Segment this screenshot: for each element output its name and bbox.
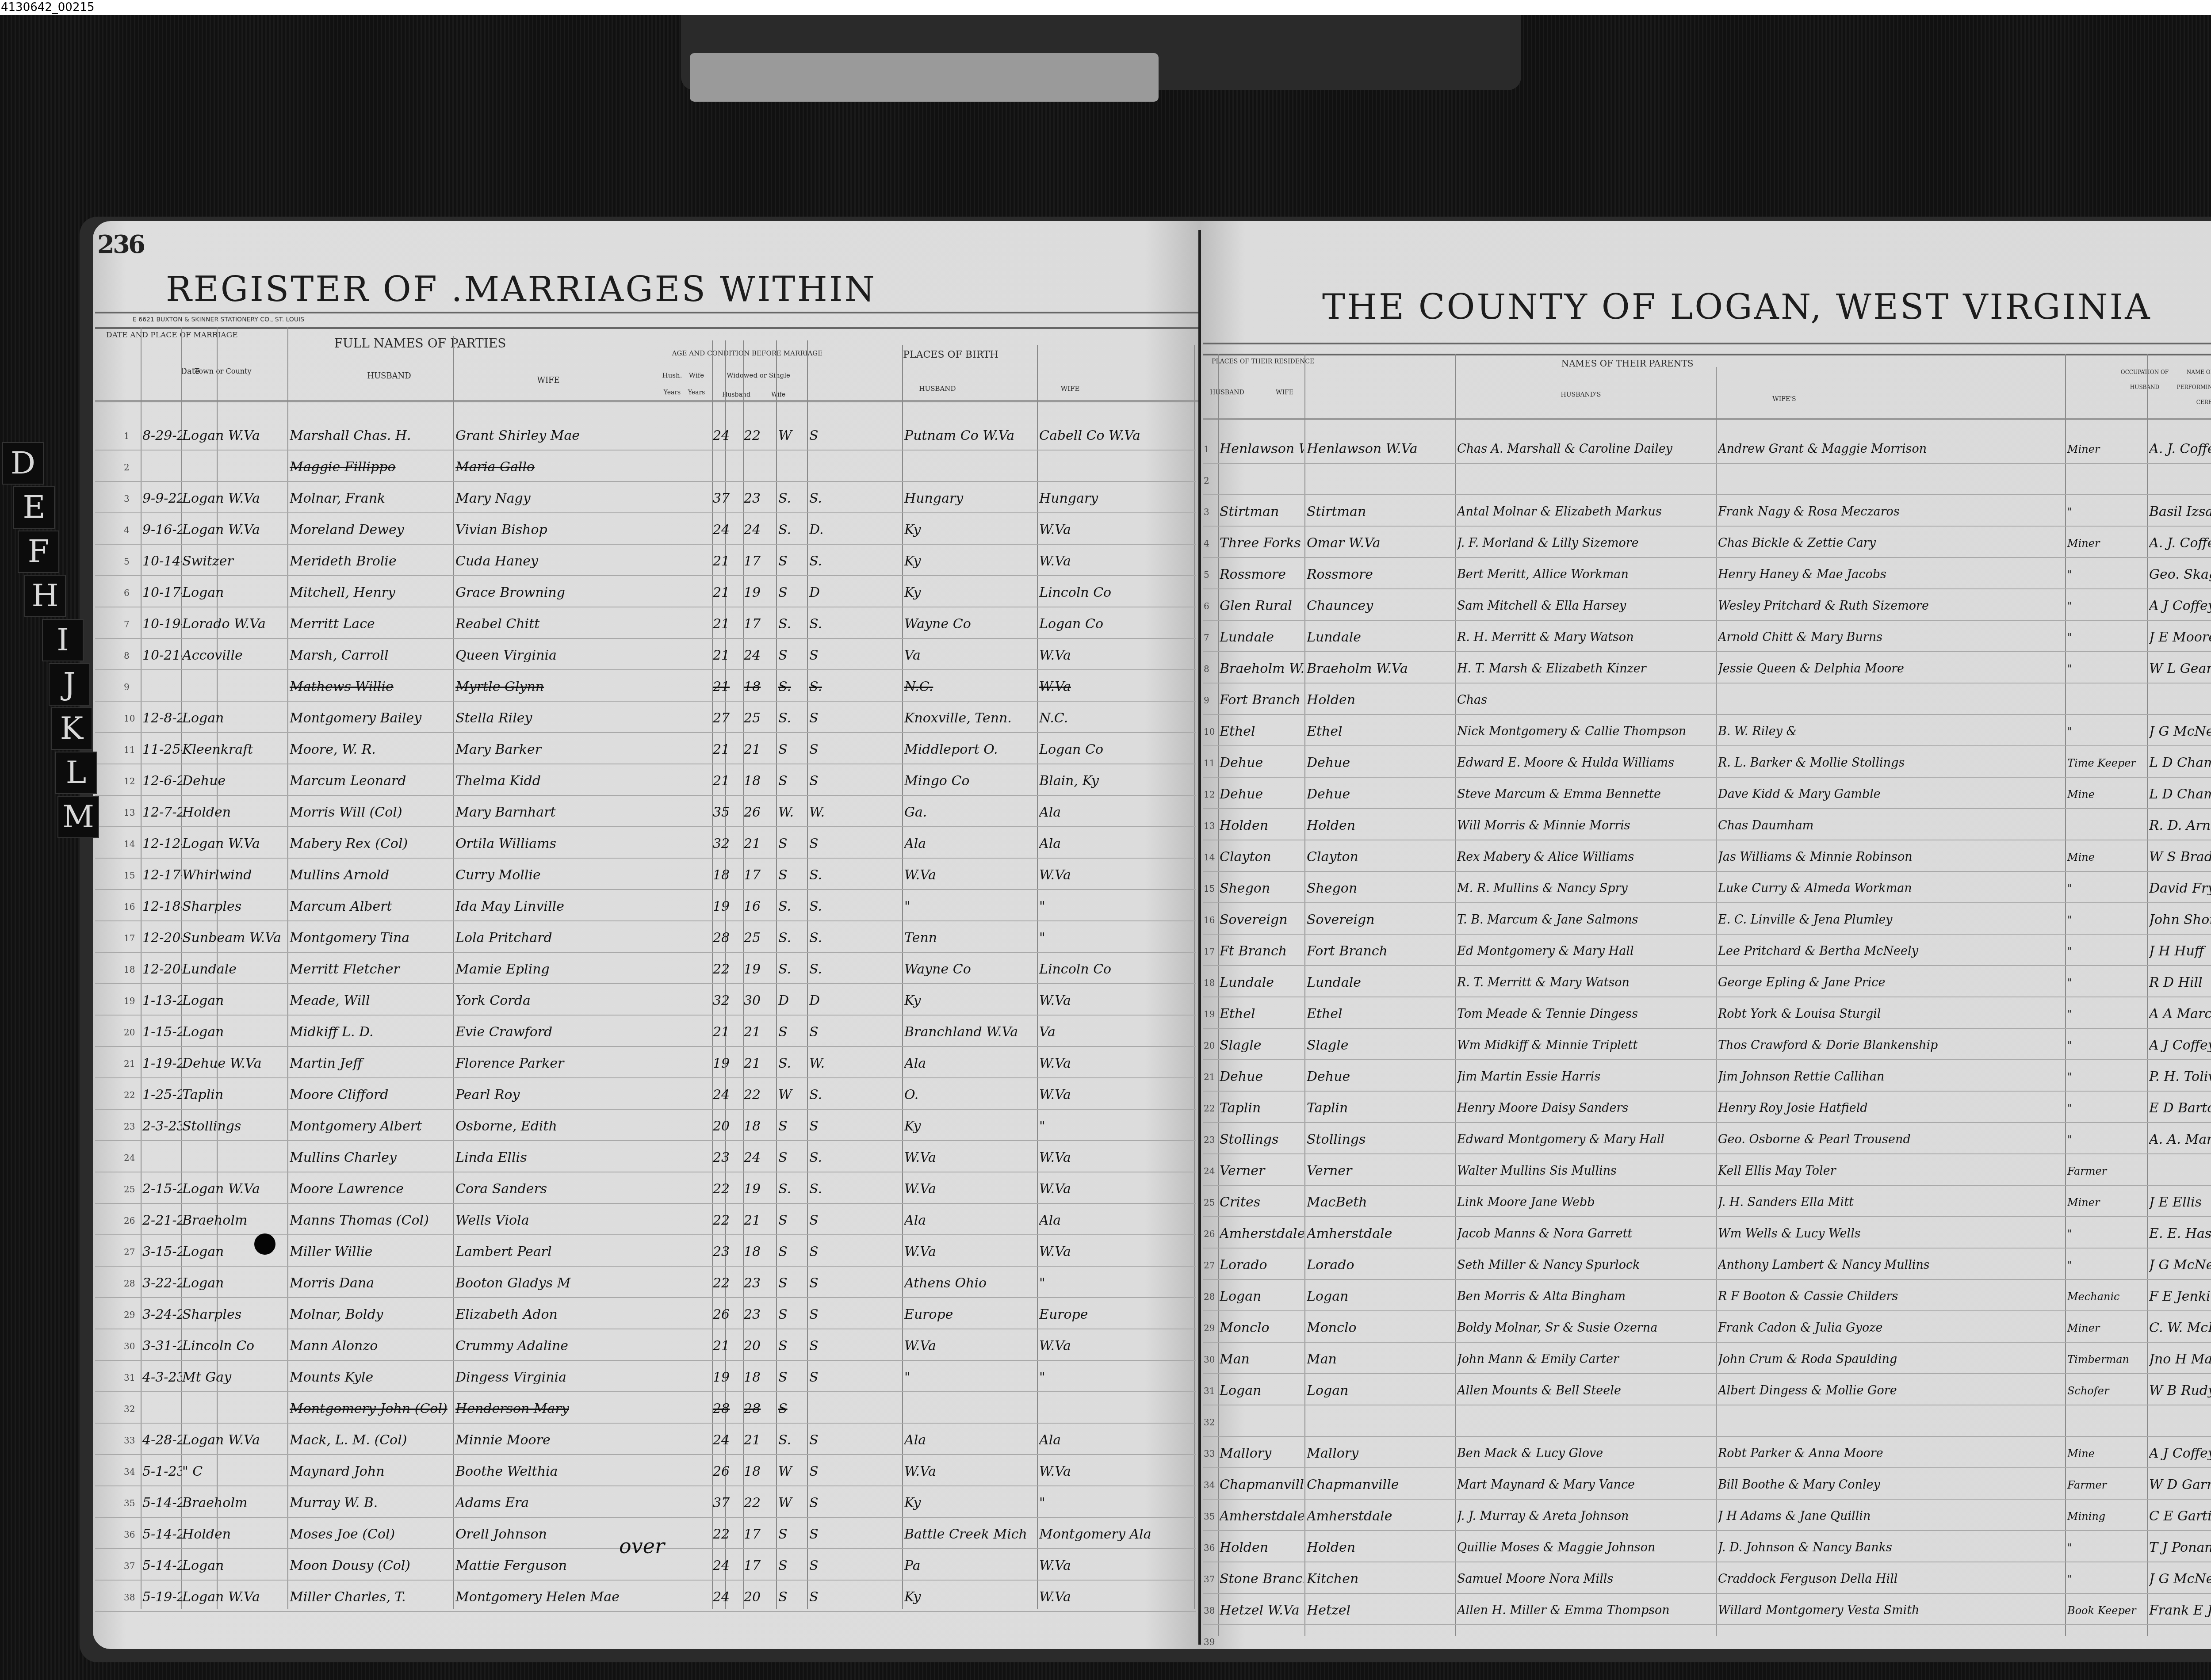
cell-w-parents: B. W. Riley &	[1718, 718, 2063, 745]
cell-h-parents: Quillie Moses & Maggie Johnson	[1457, 1534, 1714, 1562]
cell-num: 31	[1204, 1377, 1218, 1405]
header-husbands-parents: HUSBAND'S	[1548, 391, 1614, 398]
cell-h-parents: Rex Mabery & Alice Williams	[1457, 844, 1714, 871]
cell-officiant: L D Chambers	[2149, 749, 2211, 777]
cell-h-parents: Ben Morris & Alta Bingham	[1457, 1283, 1714, 1310]
cell-w-parents: Geo. Osborne & Pearl Trousend	[1718, 1126, 2063, 1153]
cell-h-parents: J. J. Murray & Areta Johnson	[1457, 1503, 1714, 1530]
cell-h-res: Logan	[1220, 1283, 1304, 1310]
cell-h-res: Lundale	[1220, 969, 1304, 997]
cell-num: 5	[1204, 561, 1218, 588]
ink-blot	[254, 1233, 275, 1255]
cell-w-parents: Luke Curry & Almeda Workman	[1718, 875, 2063, 902]
cell-h-parents: Ed Montgomery & Mary Hall	[1457, 938, 1714, 965]
index-tab-l[interactable]: L	[55, 752, 97, 794]
image-caption: 4130642_00215	[0, 0, 2211, 15]
cell-occupation: "	[2067, 1220, 2145, 1248]
cell-w-parents: Wm Wells & Lucy Wells	[1718, 1220, 2063, 1248]
cell-h-parents: Nick Montgomery & Callie Thompson	[1457, 718, 1714, 745]
cell-h-parents: Seth Miller & Nancy Spurlock	[1457, 1252, 1714, 1279]
cell-num: 30	[1204, 1346, 1218, 1373]
row-rule	[1203, 871, 2211, 872]
cell-officiant: Geo. Skaggs	[2149, 561, 2211, 588]
cell-occupation: "	[2067, 624, 2145, 651]
cell-w-parents: Robt York & Louisa Sturgil	[1718, 1000, 2063, 1028]
cell-w-res: Fort Branch	[1307, 938, 1453, 965]
cell-officiant: T J Ponan	[2149, 1534, 2211, 1562]
cell-w-parents: J H Adams & Jane Quillin	[1718, 1503, 2063, 1530]
cell-w-res: Man	[1307, 1346, 1453, 1373]
cell-w-parents: Chas Bickle & Zettie Cary	[1718, 530, 2063, 557]
cell-w-parents: Albert Dingess & Mollie Gore	[1718, 1377, 2063, 1405]
cell-officiant: R D Hill	[2149, 969, 2211, 997]
cell-w-res: Rossmore	[1307, 561, 1453, 588]
cell-h-res: Mallory	[1220, 1440, 1304, 1467]
cell-h-res: Dehue	[1220, 749, 1304, 777]
cell-officiant: W S Bradshaw	[2149, 844, 2211, 871]
index-tab-f[interactable]: F	[18, 531, 59, 573]
row-rule	[1203, 1342, 2211, 1343]
cell-h-res: Henlawson W.Va	[1220, 435, 1304, 463]
cell-h-parents: Boldy Molnar, Sr & Susie Ozerna	[1457, 1314, 1714, 1342]
header-officiant: NAME OF PERSON PERFORMING MARRIAGE CEREM…	[2173, 365, 2211, 410]
cell-w-parents: Henry Roy Josie Hatfield	[1718, 1095, 2063, 1122]
cell-h-parents: Edward Montgomery & Mary Hall	[1457, 1126, 1714, 1153]
index-tab-d[interactable]: D	[2, 442, 44, 485]
cell-officiant: Frank E Jenkins	[2149, 1597, 2211, 1624]
cell-h-res: Amherstdale	[1220, 1220, 1304, 1248]
row-rule	[1203, 1122, 2211, 1123]
cell-num: 26	[1204, 1220, 1218, 1248]
cell-w-res: Ethel	[1307, 1000, 1453, 1028]
cell-officiant: A J Coffey	[2149, 1440, 2211, 1467]
row-rule	[1203, 1624, 2211, 1625]
row-rule	[1203, 1562, 2211, 1562]
cell-h-parents: Will Morris & Minnie Morris	[1457, 812, 1714, 840]
cell-h-res: Three Forks	[1220, 530, 1304, 557]
cell-num: 16	[1204, 906, 1218, 934]
cell-w-res: Holden	[1307, 1534, 1453, 1562]
row-rule	[1203, 745, 2211, 746]
header-wifes-parents: WIFE'S	[1751, 396, 1817, 403]
cell-officiant: W L Gearhart	[2149, 655, 2211, 683]
header-years-h: Years	[661, 389, 683, 396]
cell-w-parents: Jessie Queen & Delphia Moore	[1718, 655, 2063, 683]
cell-w-res: Shegon	[1307, 875, 1453, 902]
cell-occupation: Book Keeper	[2067, 1597, 2145, 1624]
cell-h-parents: H. T. Marsh & Elizabeth Kinzer	[1457, 655, 1714, 683]
index-tab-e[interactable]: E	[13, 486, 55, 529]
cell-officiant: A J Coffey	[2149, 1032, 2211, 1059]
header-rule-bottom-left	[95, 327, 1198, 329]
cell-h-res: Stirtman	[1220, 498, 1304, 526]
cell-officiant: A. J. Coffey	[2149, 435, 2211, 463]
row-rule	[1203, 557, 2211, 558]
cell-h-parents: Walter Mullins Sis Mullins	[1457, 1157, 1714, 1185]
header-age-condition: AGE AND CONDITION BEFORE MARRIAGE	[663, 349, 831, 357]
cell-w-parents: Craddock Ferguson Della Hill	[1718, 1565, 2063, 1593]
cell-h-parents: J. F. Morland & Lilly Sizemore	[1457, 530, 1714, 557]
index-tab-h[interactable]: H	[24, 575, 66, 617]
row-rule	[1203, 902, 2211, 903]
cell-num: 22	[1204, 1095, 1218, 1122]
register-row-right: 28LoganLoganBen Morris & Alta BinghamR F…	[0, 1283, 2211, 1310]
cell-h-parents: Steve Marcum & Emma Bennette	[1457, 781, 1714, 808]
cell-h-res: Holden	[1220, 1534, 1304, 1562]
cell-w-res: Taplin	[1307, 1095, 1453, 1122]
header-date-place: DATE AND PLACE OF MARRIAGE	[106, 331, 208, 340]
register-row-right: 17Ft BranchFort BranchEd Montgomery & Ma…	[0, 938, 2211, 965]
cell-h-parents: Bert Meritt, Allice Workman	[1457, 561, 1714, 588]
register-row-right: 34ChapmanvilleChapmanvilleMart Maynard &…	[0, 1471, 2211, 1499]
cell-occupation: "	[2067, 875, 2145, 902]
cell-h-parents: Samuel Moore Nora Mills	[1457, 1565, 1714, 1593]
cell-w-res: Stollings	[1307, 1126, 1453, 1153]
cell-occupation: "	[2067, 498, 2145, 526]
cell-officiant: A A Marcum	[2149, 1000, 2211, 1028]
cell-w-parents: Henry Haney & Mae Jacobs	[1718, 561, 2063, 588]
cell-h-res: Sovereign	[1220, 906, 1304, 934]
cell-officiant: J G McNeely	[2149, 718, 2211, 745]
header-rule-top-right	[1203, 343, 2211, 344]
cell-num: 21	[1204, 1063, 1218, 1091]
cell-h-parents: R. H. Merritt & Mary Watson	[1457, 624, 1714, 651]
printer-imprint: E 6621 BUXTON & SKINNER STATIONERY CO., …	[133, 316, 304, 323]
cell-w-res: Kitchen	[1307, 1565, 1453, 1593]
register-row-right: 23StollingsStollingsEdward Montgomery & …	[0, 1126, 2211, 1153]
cell-h-parents: Jacob Manns & Nora Garrett	[1457, 1220, 1714, 1248]
cell-h-res: Shegon	[1220, 875, 1304, 902]
header-hush: Hush.	[661, 371, 683, 379]
register-row-right: 22TaplinTaplinHenry Moore Daisy SandersH…	[0, 1095, 2211, 1122]
cell-h-res: Monclo	[1220, 1314, 1304, 1342]
header-husband: HUSBAND	[345, 371, 433, 381]
column-header-bottom-left	[95, 400, 1198, 402]
header-ws-husband: Husband	[714, 391, 758, 398]
register-row-right: 27LoradoLoradoSeth Miller & Nancy Spurlo…	[0, 1252, 2211, 1279]
cell-num: 6	[1204, 592, 1218, 620]
cell-occupation: "	[2067, 1063, 2145, 1091]
row-rule	[1203, 1436, 2211, 1437]
register-row-right: 32	[0, 1409, 2211, 1436]
cell-num: 10	[1204, 718, 1218, 745]
cell-occupation: "	[2067, 1252, 2145, 1279]
cell-h-res: Braeholm W.Va	[1220, 655, 1304, 683]
cell-num: 12	[1204, 781, 1218, 808]
cell-h-parents: Antal Molnar & Elizabeth Markus	[1457, 498, 1714, 526]
row-rule	[1203, 1091, 2211, 1092]
row-rule	[1203, 526, 2211, 527]
cell-h-parents: M. R. Mullins & Nancy Spry	[1457, 875, 1714, 902]
index-tab-m[interactable]: M	[57, 796, 99, 838]
cell-w-parents: Frank Cadon & Julia Gyoze	[1718, 1314, 2063, 1342]
cell-w-res: Stirtman	[1307, 498, 1453, 526]
cell-num: 7	[1204, 624, 1218, 651]
cell-occupation: "	[2067, 969, 2145, 997]
cell-occupation: "	[2067, 1095, 2145, 1122]
cell-occupation: "	[2067, 1126, 2145, 1153]
cell-w-res: Dehue	[1307, 1063, 1453, 1091]
cell-h-res: Verner	[1220, 1157, 1304, 1185]
cell-w-parents: E. C. Linville & Jena Plumley	[1718, 906, 2063, 934]
cell-num: 32	[1204, 1409, 1218, 1436]
register-row-right: 8Braeholm W.VaBraeholm W.VaH. T. Marsh &…	[0, 655, 2211, 683]
cell-occupation: "	[2067, 1565, 2145, 1593]
row-rule	[1203, 1593, 2211, 1594]
row-rule	[1203, 683, 2211, 683]
cell-officiant: A. A. Marcum	[2149, 1126, 2211, 1153]
cell-h-parents: Jim Martin Essie Harris	[1457, 1063, 1714, 1091]
cell-num: 29	[1204, 1314, 1218, 1342]
cell-h-parents: Ben Mack & Lucy Glove	[1457, 1440, 1714, 1467]
cell-officiant: A J Coffey	[2149, 592, 2211, 620]
cell-officiant: Basil Izsak	[2149, 498, 2211, 526]
row-rule	[1203, 588, 2211, 589]
register-row-right: 26AmherstdaleAmherstdaleJacob Manns & No…	[0, 1220, 2211, 1248]
cell-h-res: Dehue	[1220, 1063, 1304, 1091]
cell-w-res: MacBeth	[1307, 1189, 1453, 1216]
cell-h-res: Slagle	[1220, 1032, 1304, 1059]
register-row-right: 35AmherstdaleAmherstdaleJ. J. Murray & A…	[0, 1503, 2211, 1530]
cell-h-res: Clayton	[1220, 844, 1304, 871]
cell-officiant: F E Jenkins	[2149, 1283, 2211, 1310]
cell-w-res: Mallory	[1307, 1440, 1453, 1467]
cell-occupation: "	[2067, 1000, 2145, 1028]
register-row-right: 38Hetzel W.VaHetzelAllen H. Miller & Emm…	[0, 1597, 2211, 1624]
cell-num: 20	[1204, 1032, 1218, 1059]
cell-occupation: Miner	[2067, 530, 2145, 557]
cell-num: 34	[1204, 1471, 1218, 1499]
cell-w-res: Henlawson W.Va	[1307, 435, 1453, 463]
header-rule-top-left	[95, 312, 1198, 313]
cell-num: 24	[1204, 1157, 1218, 1185]
cell-num: 25	[1204, 1189, 1218, 1216]
cell-occupation: "	[2067, 718, 2145, 745]
register-row-right: 6Glen RuralChaunceySam Mitchell & Ella H…	[0, 592, 2211, 620]
cell-occupation: "	[2067, 938, 2145, 965]
row-rule	[1203, 934, 2211, 935]
cell-occupation: Schofer	[2067, 1377, 2145, 1405]
cell-w-res: Sovereign	[1307, 906, 1453, 934]
cell-w-res: Lundale	[1307, 969, 1453, 997]
cell-w-res: Slagle	[1307, 1032, 1453, 1059]
cell-h-res: Logan	[1220, 1377, 1304, 1405]
cell-officiant: J G McNeely	[2149, 1252, 2211, 1279]
cell-h-res: Stone Branch	[1220, 1565, 1304, 1593]
cell-h-parents: Wm Midkiff & Minnie Triplett	[1457, 1032, 1714, 1059]
cell-w-res: Amherstdale	[1307, 1503, 1453, 1530]
row-rule	[1203, 1185, 2211, 1186]
cell-officiant: J E Moore	[2149, 624, 2211, 651]
row-rule	[1203, 1530, 2211, 1531]
row-rule	[1203, 1310, 2211, 1311]
cell-occupation: "	[2067, 1032, 2145, 1059]
cell-w-res: Lundale	[1307, 624, 1453, 651]
cell-h-parents: Chas A. Marshall & Caroline Dailey	[1457, 435, 1714, 463]
cell-w-parents: Lee Pritchard & Bertha McNeely	[1718, 938, 2063, 965]
header-full-names: FULL NAMES OF PARTIES	[310, 336, 531, 351]
register-row-right: 12DehueDehueSteve Marcum & Emma Bennette…	[0, 781, 2211, 808]
index-tab-k[interactable]: K	[51, 707, 92, 750]
cell-h-res: Dehue	[1220, 781, 1304, 808]
header-rule-bottom-right	[1203, 354, 2211, 355]
cell-officiant: C E Gartin	[2149, 1503, 2211, 1530]
cell-occupation: "	[2067, 561, 2145, 588]
register-row-right: 3StirtmanStirtmanAntal Molnar & Elizabet…	[0, 498, 2211, 526]
cell-w-res: Logan	[1307, 1283, 1453, 1310]
cell-h-res: Amherstdale	[1220, 1503, 1304, 1530]
row-rule	[1203, 1467, 2211, 1468]
cell-num: 19	[1204, 1000, 1218, 1028]
cell-h-res: Man	[1220, 1346, 1304, 1373]
cell-w-parents: George Epling & Jane Price	[1718, 969, 2063, 997]
register-row-right: 18LundaleLundaleR. T. Merritt & Mary Wat…	[0, 969, 2211, 997]
register-row-right: 5RossmoreRossmoreBert Meritt, Allice Wor…	[0, 561, 2211, 588]
row-rule	[1203, 1153, 2211, 1154]
cell-occupation: Mine	[2067, 781, 2145, 808]
cell-num: 38	[1204, 1597, 1218, 1624]
row-rule	[1203, 1499, 2211, 1500]
row-rule	[1203, 1248, 2211, 1249]
register-row-right: 37Stone BranchKitchenSamuel Moore Nora M…	[0, 1565, 2211, 1593]
cell-h-parents: Link Moore Jane Webb	[1457, 1189, 1714, 1216]
row-rule	[1203, 1279, 2211, 1280]
register-row-right: 30ManManJohn Mann & Emily CarterJohn Cru…	[0, 1346, 2211, 1373]
cell-h-res: Holden	[1220, 812, 1304, 840]
cell-officiant: L D Chambers	[2149, 781, 2211, 808]
register-row-right: 19EthelEthelTom Meade & Tennie DingessRo…	[0, 1000, 2211, 1028]
cell-h-parents: Allen H. Miller & Emma Thompson	[1457, 1597, 1714, 1624]
cell-w-res: Monclo	[1307, 1314, 1453, 1342]
register-row-right: 33MalloryMalloryBen Mack & Lucy GloveRob…	[0, 1440, 2211, 1467]
header-town: Town or County	[195, 367, 248, 375]
register-row-right: 21DehueDehueJim Martin Essie HarrisJim J…	[0, 1063, 2211, 1091]
cell-w-res: Hetzel	[1307, 1597, 1453, 1624]
index-tab-j[interactable]: J	[49, 663, 90, 706]
register-row-right: 29MoncloMoncloBoldy Molnar, Sr & Susie O…	[0, 1314, 2211, 1342]
header-parents: NAMES OF THEIR PARENTS	[1539, 358, 1716, 369]
cell-num: 14	[1204, 844, 1218, 871]
register-row-right: 9Fort BranchHoldenChas	[0, 687, 2211, 714]
cell-occupation: Mechanic	[2067, 1283, 2145, 1310]
cell-w-res: Dehue	[1307, 749, 1453, 777]
cell-officiant: Jno H Mans	[2149, 1346, 2211, 1373]
cell-h-res: Ft Branch	[1220, 938, 1304, 965]
cell-num: 33	[1204, 1440, 1218, 1467]
left-page-number: 236	[97, 230, 144, 259]
cell-num: 37	[1204, 1565, 1218, 1593]
cell-h-res: Hetzel W.Va	[1220, 1597, 1304, 1624]
row-rule	[1203, 1028, 2211, 1029]
register-row-right: 20SlagleSlagleWm Midkiff & Minnie Triple…	[0, 1032, 2211, 1059]
row-number-39: 39	[1204, 1628, 1215, 1656]
cell-w-parents: Jas Williams & Minnie Robinson	[1718, 844, 2063, 871]
cell-w-parents: Arnold Chitt & Mary Burns	[1718, 624, 2063, 651]
cell-officiant: P. H. Toliver	[2149, 1063, 2211, 1091]
header-ws-wife: Wife	[761, 391, 796, 398]
header-wife-age: Wife	[685, 371, 708, 379]
cell-h-res: Rossmore	[1220, 561, 1304, 588]
cell-h-parents: Chas	[1457, 687, 1714, 714]
row-rule	[1203, 714, 2211, 715]
cell-num: 3	[1204, 498, 1218, 526]
cell-occupation: Miner	[2067, 1189, 2145, 1216]
row-rule	[1203, 997, 2211, 997]
row-rule	[1203, 1059, 2211, 1060]
cell-w-parents: Robt Parker & Anna Moore	[1718, 1440, 2063, 1467]
cell-occupation: "	[2067, 655, 2145, 683]
cell-w-res: Holden	[1307, 812, 1453, 840]
cell-officiant: David Fry	[2149, 875, 2211, 902]
cell-num: 23	[1204, 1126, 1218, 1153]
register-row-right: 14ClaytonClaytonRex Mabery & Alice Willi…	[0, 844, 2211, 871]
cell-w-res: Amherstdale	[1307, 1220, 1453, 1248]
cell-h-parents: Sam Mitchell & Ella Harsey	[1457, 592, 1714, 620]
cell-w-parents: J. H. Sanders Ella Mitt	[1718, 1189, 2063, 1216]
header-res-husband: HUSBAND	[1203, 389, 1251, 396]
cell-num: 27	[1204, 1252, 1218, 1279]
cell-h-res: Lundale	[1220, 624, 1304, 651]
header-years-w: Years	[685, 389, 708, 396]
cell-officiant: W B Rudy	[2149, 1377, 2211, 1405]
index-tab-i[interactable]: I	[42, 619, 84, 661]
cell-officiant: A. J. Coffey	[2149, 530, 2211, 557]
cell-w-res: Braeholm W.Va	[1307, 655, 1453, 683]
cell-occupation: Mine	[2067, 844, 2145, 871]
cell-h-res: Stollings	[1220, 1126, 1304, 1153]
header-wife: WIFE	[504, 376, 593, 385]
cell-w-res: Ethel	[1307, 718, 1453, 745]
row-rule	[1203, 1373, 2211, 1374]
cell-num: 4	[1204, 530, 1218, 557]
cell-h-parents: Allen Mounts & Bell Steele	[1457, 1377, 1714, 1405]
column-header-bottom-right	[1203, 418, 2211, 420]
over-note: over	[619, 1534, 665, 1558]
row-rule	[1203, 651, 2211, 652]
cell-w-res: Chauncey	[1307, 592, 1453, 620]
row-rule	[1203, 463, 2211, 464]
left-page-title: REGISTER OF .MARRIAGES WITHIN	[166, 270, 876, 309]
cell-w-parents: Thos Crawford & Dorie Blankenship	[1718, 1032, 2063, 1059]
cell-w-parents: Wesley Pritchard & Ruth Sizemore	[1718, 592, 2063, 620]
register-row-right: 1Henlawson W.VaHenlawson W.VaChas A. Mar…	[0, 435, 2211, 463]
cell-occupation: Miner	[2067, 435, 2145, 463]
right-page-title: THE COUNTY OF LOGAN, WEST VIRGINIA	[1322, 287, 2152, 327]
cell-num: 15	[1204, 875, 1218, 902]
cell-h-res: Ethel	[1220, 1000, 1304, 1028]
cell-h-res: Fort Branch	[1220, 687, 1304, 714]
cell-occupation: Mining	[2067, 1503, 2145, 1530]
row-rule	[1203, 1216, 2211, 1217]
register-row-right: 10EthelEthelNick Montgomery & Callie Tho…	[0, 718, 2211, 745]
cell-h-parents: R. T. Merritt & Mary Watson	[1457, 969, 1714, 997]
cell-w-res: Clayton	[1307, 844, 1453, 871]
cell-occupation: Mine	[2067, 1440, 2145, 1467]
cell-officiant: J H Huff	[2149, 938, 2211, 965]
cell-occupation: "	[2067, 906, 2145, 934]
cell-officiant: J E Ellis	[2149, 1189, 2211, 1216]
cell-h-res: Lorado	[1220, 1252, 1304, 1279]
header-residence: PLACES OF THEIR RESIDENCE	[1212, 358, 1313, 365]
cell-h-res: Taplin	[1220, 1095, 1304, 1122]
cell-w-res: Omar W.Va	[1307, 530, 1453, 557]
register-row-right: 24VernerVernerWalter Mullins Sis Mullins…	[0, 1157, 2211, 1185]
cell-h-res: Glen Rural	[1220, 592, 1304, 620]
cell-occupation: Time Keeper	[2067, 749, 2145, 777]
cell-w-parents: Frank Nagy & Rosa Meczaros	[1718, 498, 2063, 526]
register-row-right: 15ShegonShegonM. R. Mullins & Nancy Spry…	[0, 875, 2211, 902]
cell-w-res: Holden	[1307, 687, 1453, 714]
